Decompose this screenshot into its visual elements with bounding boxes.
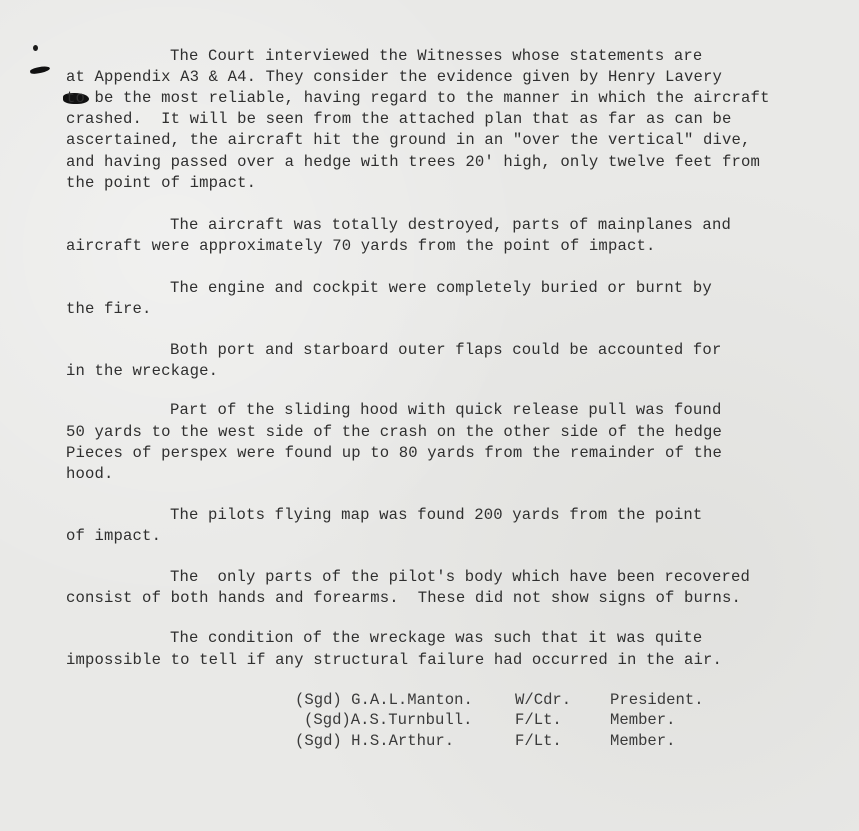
text-line: and having passed over a hedge with tree… (66, 152, 760, 173)
text-line: The only parts of the pilot's body which… (170, 567, 750, 588)
signature-role: Member. (610, 731, 676, 752)
signature-name: (Sgd) H.S.Arthur. (295, 731, 454, 752)
ink-smudge (30, 65, 51, 75)
text-line: The pilots flying map was found 200 yard… (170, 505, 702, 526)
signature-rank: F/Lt. (515, 710, 562, 731)
text-line: consist of both hands and forearms. Thes… (66, 588, 741, 609)
text-line: 50 yards to the west side of the crash o… (66, 422, 722, 443)
signature-role: President. (610, 690, 704, 711)
signature-rank: F/Lt. (515, 731, 562, 752)
signature-role: Member. (610, 710, 676, 731)
text-line: The aircraft was totally destroyed, part… (170, 215, 731, 236)
text-line: of impact. (66, 526, 161, 547)
text-line: to be the most reliable, having regard t… (66, 88, 770, 109)
text-line: Both port and starboard outer flaps coul… (170, 340, 721, 361)
text-line: hood. (66, 464, 114, 485)
text-line: The Court interviewed the Witnesses whos… (170, 46, 702, 67)
text-line: crashed. It will be seen from the attach… (66, 109, 732, 130)
text-line: The engine and cockpit were completely b… (170, 278, 712, 299)
text-line: Part of the sliding hood with quick rele… (170, 400, 721, 421)
text-line: at Appendix A3 & A4. They consider the e… (66, 67, 722, 88)
text-line: aircraft were approximately 70 yards fro… (66, 236, 655, 257)
text-line: the fire. (66, 299, 152, 320)
text-line: Pieces of perspex were found up to 80 ya… (66, 443, 722, 464)
typed-document-page: The Court interviewed the Witnesses whos… (0, 0, 859, 831)
ink-speck (33, 45, 38, 51)
signature-rank: W/Cdr. (515, 690, 571, 711)
signature-name: (Sgd)A.S.Turnbull. (304, 710, 472, 731)
text-line: the point of impact. (66, 173, 256, 194)
signature-name: (Sgd) G.A.L.Manton. (295, 690, 473, 711)
text-line: impossible to tell if any structural fai… (66, 650, 722, 671)
text-line: The condition of the wreckage was such t… (170, 628, 702, 649)
text-line: ascertained, the aircraft hit the ground… (66, 130, 751, 151)
text-line: in the wreckage. (66, 361, 218, 382)
